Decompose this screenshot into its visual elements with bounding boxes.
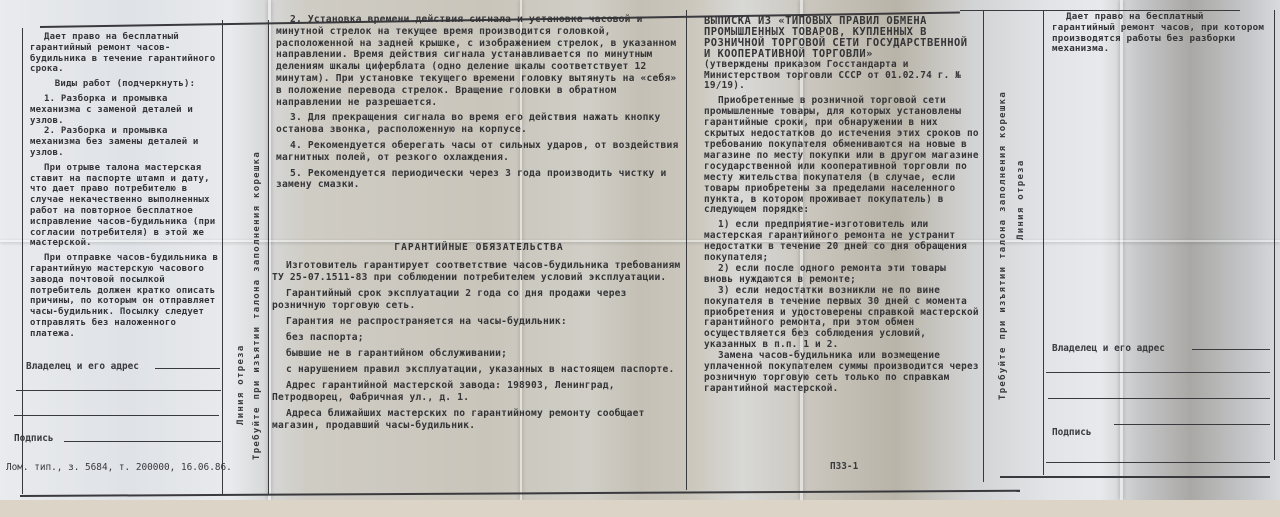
right-stub-border — [983, 10, 984, 482]
extract-heading: ВЫПИСКА ИЗ «ТИПОВЫХ ПРАВИЛ ОБМЕНА ПРОМЫШ… — [704, 16, 980, 60]
warranty-block: ГАРАНТИЙНЫЕ ОБЯЗАТЕЛЬСТВА Изготовитель г… — [272, 242, 686, 436]
frame-bottom-line-right — [1000, 476, 1270, 478]
left-coupon-intro: Дает право на бесплатный гарантийный рем… — [30, 32, 220, 75]
address-line[interactable] — [16, 390, 221, 391]
instruction-item: 4. Рекомендуется оберегать часы от сильн… — [276, 140, 686, 164]
left-coupon-border — [22, 28, 23, 494]
warranty-address: Адрес гарантийной мастерской завода: 198… — [272, 380, 686, 404]
warranty-paragraph: бывшие не в гарантийном обслуживании; — [272, 348, 686, 360]
left-coupon-border-right — [222, 20, 223, 495]
address-line[interactable] — [14, 415, 219, 416]
warranty-document-sheet: Дает право на бесплатный гарантийный рем… — [0, 0, 1280, 500]
form-code: ПЗЗ-1 — [830, 461, 858, 472]
instructions-block: 2. Установка времени действия сигнала и … — [276, 14, 686, 195]
address-line-right[interactable] — [1048, 398, 1270, 399]
print-imprint: Лом. тип., з. 5684, т. 200000, 16.06.86. — [6, 462, 232, 473]
owner-address-label-right: Владелец и его адрес — [1052, 343, 1165, 354]
extract-closing: Замена часов-будильника или возмещение у… — [704, 351, 980, 395]
work-type-item: 1. Разборка и промывка механизма с замен… — [30, 94, 220, 126]
table-surface — [0, 500, 1280, 517]
right-coupon-border-right — [1274, 10, 1275, 460]
extract-condition: 2) если после одного ремонта эти товары … — [704, 264, 980, 286]
signature-line[interactable] — [64, 441, 221, 442]
stamp-note: При отрыве талона мастерская ставит на п… — [30, 163, 220, 249]
signature-label-right: Подпись — [1052, 427, 1092, 438]
extract-condition: 3) если недостатки возникли не по вине п… — [704, 286, 980, 351]
address-line-right[interactable] — [1046, 372, 1270, 373]
frame-line — [1046, 462, 1270, 463]
work-type-item: 2. Разборка и промывка механизма без зам… — [30, 126, 220, 158]
paper-fold — [1120, 0, 1123, 500]
warranty-paragraph: с нарушением правил эксплуатации, указан… — [272, 364, 686, 376]
owner-address-label: Владелец и его адрес — [26, 361, 139, 372]
warranty-paragraph: Изготовитель гарантирует соответствие ча… — [272, 260, 686, 284]
instruction-item: 2. Установка времени действия сигнала и … — [276, 14, 686, 108]
extract-intro: Приобретенные в розничной торговой сети … — [704, 96, 980, 216]
left-coupon-text: Дает право на бесплатный гарантийный рем… — [30, 32, 220, 344]
left-stub-cut-line-text: Линия отреза — [236, 344, 246, 425]
owner-address-line[interactable] — [155, 368, 220, 369]
signature-label: Подпись — [14, 433, 54, 444]
signature-line-right[interactable] — [1114, 424, 1270, 425]
right-coupon-text: Дает право на бесплатный гарантийный рем… — [1052, 12, 1268, 59]
left-stub-border — [268, 20, 269, 495]
warranty-paragraph: Гарантия не распространяется на часы-буд… — [272, 316, 686, 328]
extract-block: ВЫПИСКА ИЗ «ТИПОВЫХ ПРАВИЛ ОБМЕНА ПРОМЫШ… — [704, 16, 980, 399]
right-coupon-border — [1043, 10, 1044, 475]
mail-note: При отправке часов-будильника в гарантий… — [30, 253, 220, 339]
warranty-paragraph: Гарантийный срок эксплуатации 2 года со … — [272, 288, 686, 312]
right-stub-instruction-text: Требуйте при изъятии талона заполнения к… — [998, 91, 1008, 400]
warranty-paragraph: Адреса ближайших мастерских по гарантийн… — [272, 408, 686, 432]
right-stub-cut-line-text: Линия отреза — [1016, 159, 1026, 240]
warranty-paragraph: без паспорта; — [272, 332, 686, 344]
owner-address-line-right[interactable] — [1192, 349, 1270, 350]
column-divider — [686, 10, 687, 490]
instruction-item: 5. Рекомендуется периодически через 3 го… — [276, 168, 686, 192]
right-coupon-intro: Дает право на бесплатный гарантийный рем… — [1052, 12, 1268, 55]
instruction-item: 3. Для прекращения сигнала во время его … — [276, 112, 686, 136]
left-stub-instruction-text: Требуйте при изъятии талона заполнения к… — [252, 151, 262, 460]
work-types-heading: Виды работ (подчеркнуть): — [30, 79, 220, 90]
extract-heading-note: (утверждены приказом Госстандарта и Мини… — [704, 60, 980, 93]
warranty-heading: ГАРАНТИЙНЫЕ ОБЯЗАТЕЛЬСТВА — [272, 242, 686, 254]
extract-condition: 1) если предприятие-изготовитель или мас… — [704, 220, 980, 264]
